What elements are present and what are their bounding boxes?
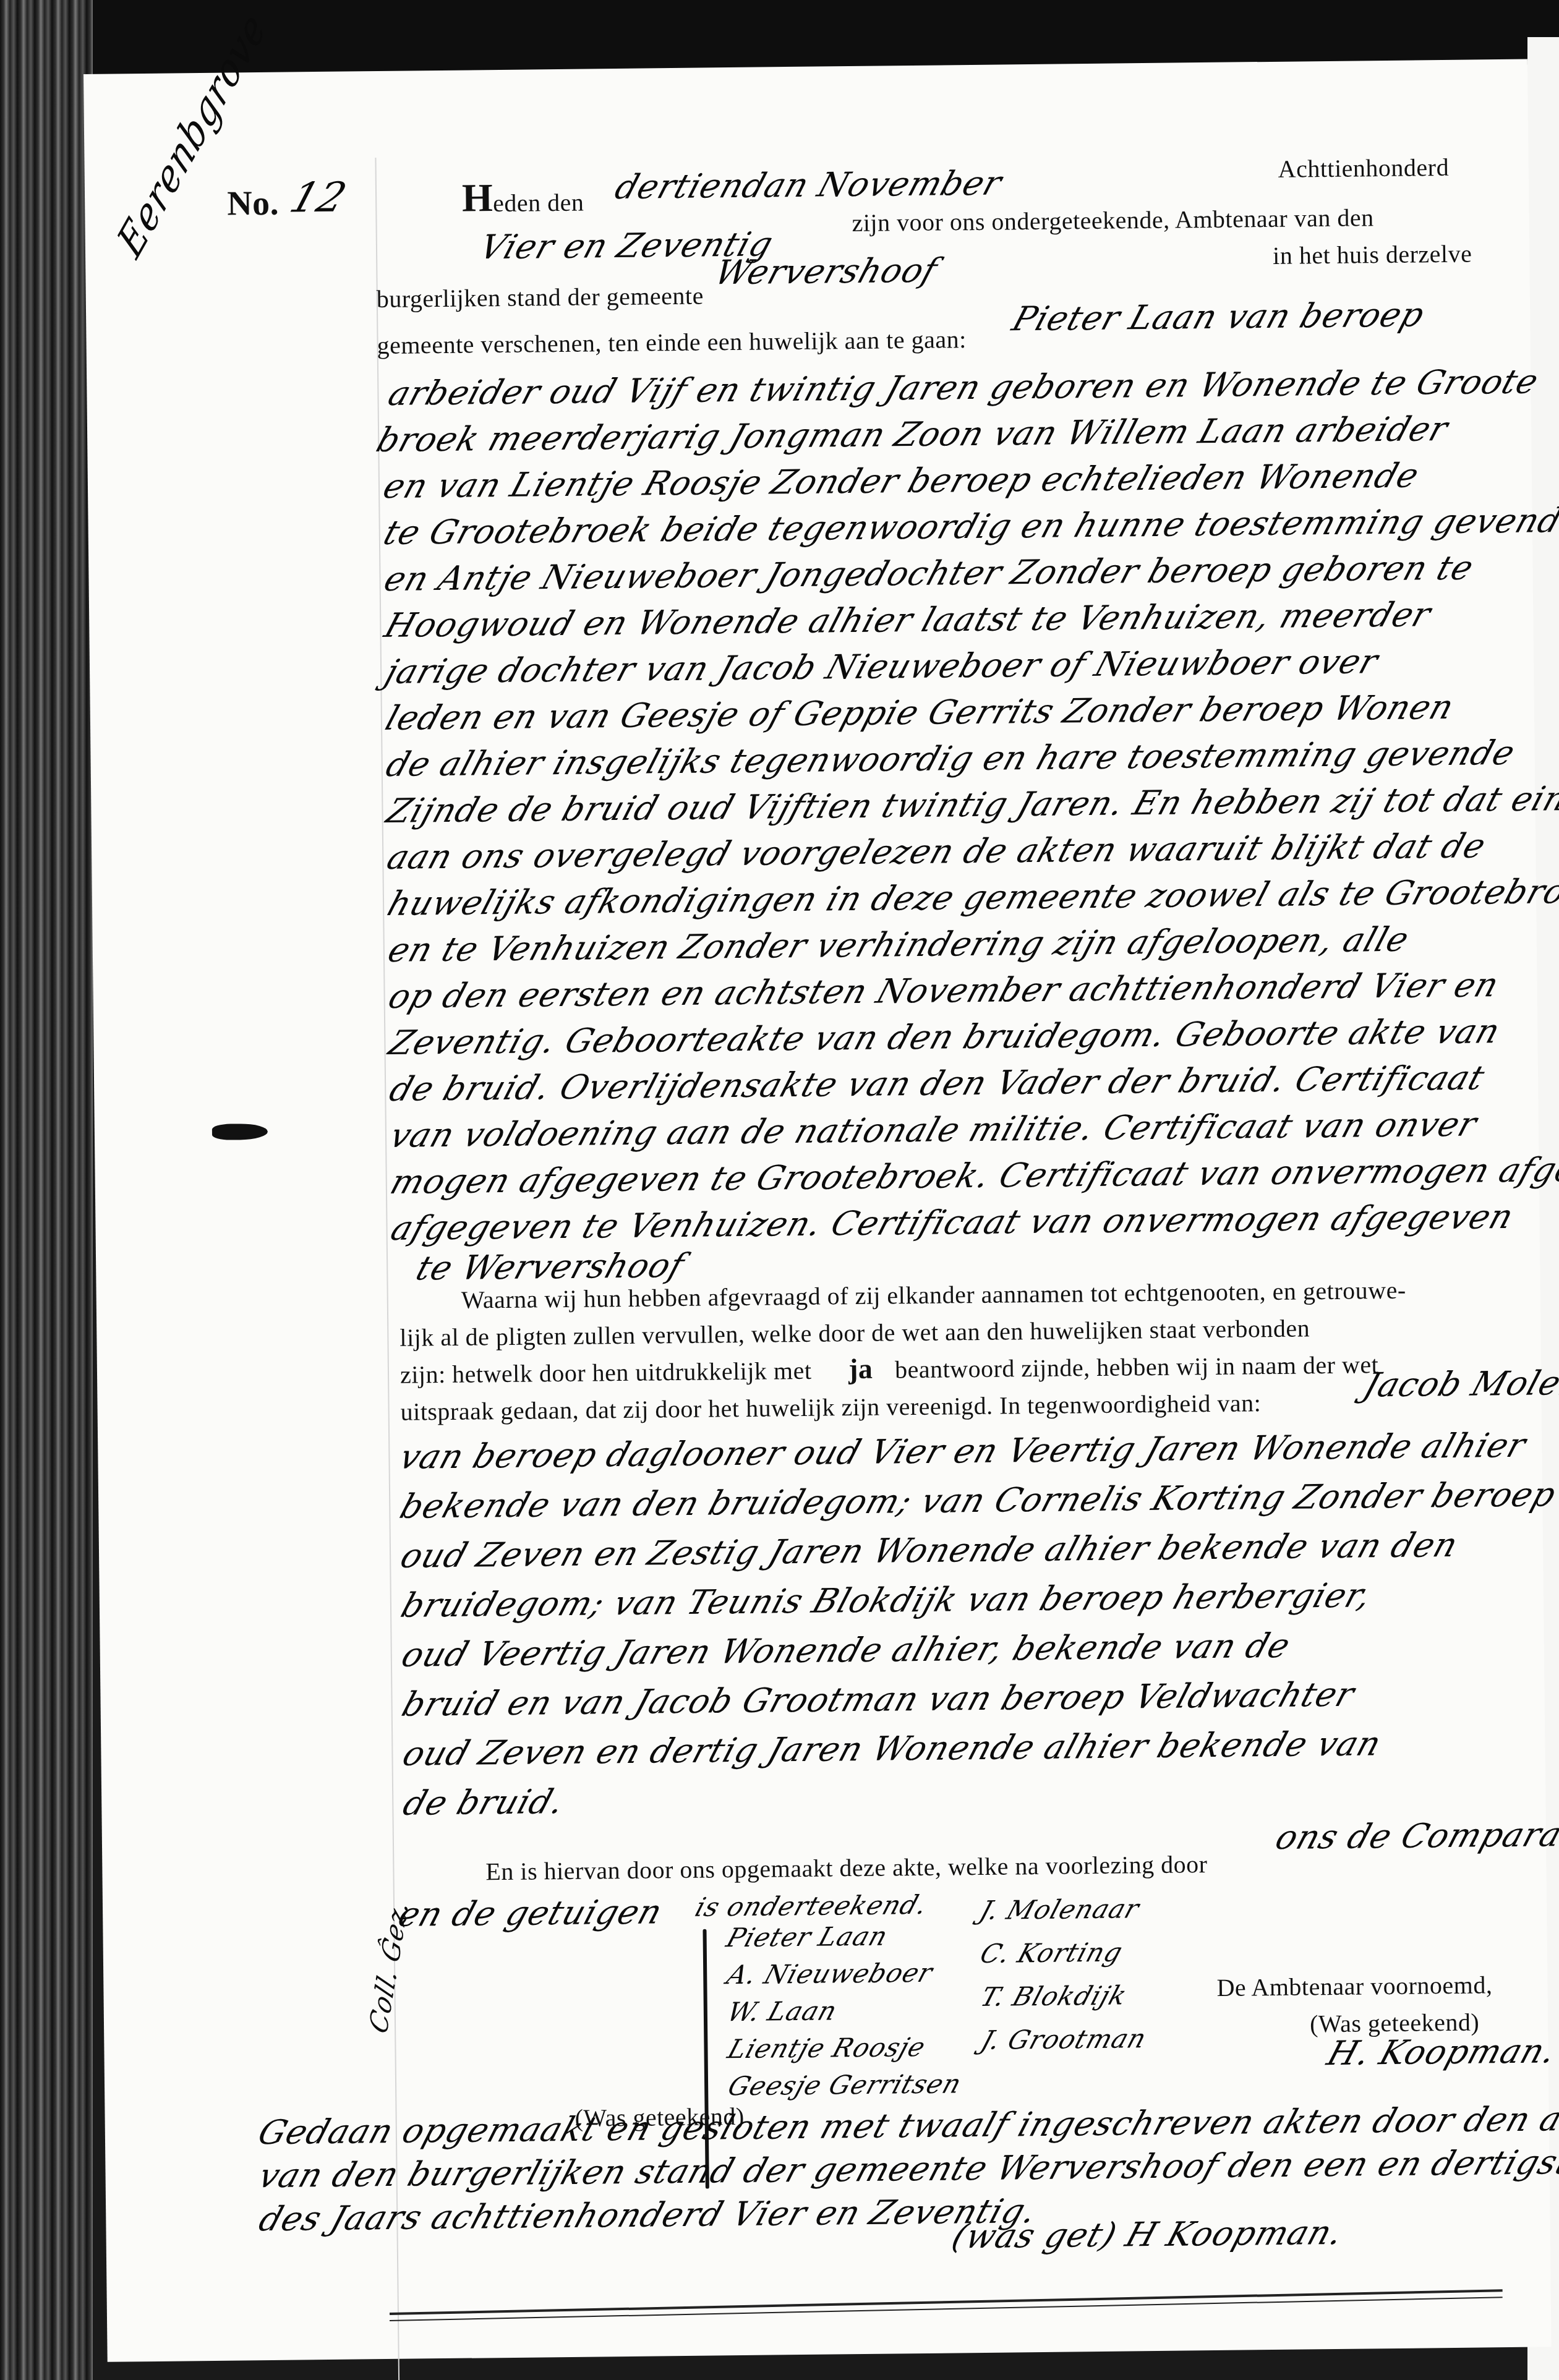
body-line: te Wervershoof xyxy=(411,1246,689,1288)
closing-handwritten-3: is onderteekend. xyxy=(691,1890,931,1922)
heden-den-label: eden den xyxy=(493,188,584,218)
body-line: mogen afgegeven te Grootebroek. Certific… xyxy=(386,1149,1559,1201)
closing-note-line: des Jaars achttienhonderd Vier en Zevent… xyxy=(254,2191,1041,2238)
middle-line-3b: beantwoord zijnde, hebben wij in naam de… xyxy=(895,1350,1379,1384)
signature: Pieter Laan xyxy=(723,1921,892,1953)
signature: Lientje Roosje xyxy=(724,2032,929,2064)
body-line: leden en van Geesje of Geppie Gerrits Zo… xyxy=(381,688,1459,738)
signature: T. Blokdijk xyxy=(977,1980,1131,2012)
body-line: afgegeven te Venhuizen. Certificaat van … xyxy=(387,1197,1519,1248)
witness-line: van beroep daglooner oud Vier en Veertig… xyxy=(395,1426,1531,1477)
closing-printed: En is hiervan door ons opgemaakt deze ak… xyxy=(485,1849,1207,1886)
body-line: te Grootebroek beide tegenwoordig en hun… xyxy=(379,501,1559,552)
body-line: op den eersten en achtsten November acht… xyxy=(384,965,1504,1016)
header-line-2: zijn voor ons ondergeteekende, Ambtenaar… xyxy=(852,203,1374,237)
body-line: de bruid. Overlijdensakte van den Vader … xyxy=(385,1058,1490,1109)
body-line: huwelijks afkondigingen in deze gemeente… xyxy=(383,871,1559,923)
signature: W. Laan xyxy=(724,1995,841,2027)
header-line-3-right: in het huis derzelve xyxy=(1273,239,1472,270)
body-line: en te Venhuizen Zonder verhindering zijn… xyxy=(383,920,1414,970)
act-number: 12 xyxy=(284,173,352,221)
ambtenaar-label: De Ambtenaar voornoemd, xyxy=(1216,1970,1492,2002)
first-witness: Jacob Molenaar xyxy=(1359,1363,1559,1405)
witness-line: oud Veertig Jaren Wonende alhier, bekend… xyxy=(397,1626,1296,1674)
heden-initial: H xyxy=(462,175,493,221)
signature: Geesje Gerritsen xyxy=(724,2068,965,2101)
signature-brace xyxy=(703,1929,709,2189)
witness-line: de bruid. xyxy=(398,1782,570,1823)
groom-name-handwritten: Pieter Laan van beroep xyxy=(1007,295,1429,338)
ink-blot xyxy=(212,1124,268,1140)
certificate-page: Eerenbgrove No. 12 H eden den dertiendan… xyxy=(83,59,1552,2362)
signature: A. Nieuweboer xyxy=(724,1958,937,1990)
book-binding xyxy=(0,0,93,2380)
middle-line-4: uitspraak gedaan, dat zij door het huwel… xyxy=(400,1388,1261,1427)
margin-coll-annotation: Coll. Ĝez. xyxy=(364,1894,414,2038)
signature: J. Grootman xyxy=(978,2023,1151,2055)
closing-handwritten-1: ons de Comparanten xyxy=(1271,1814,1559,1857)
closing-note-line: Gedaan opgemaakt en gesloten met twaalf … xyxy=(254,2097,1559,2152)
signature: C. Korting xyxy=(976,1937,1127,1969)
witness-line: bruidegom; van Teunis Blokdijk van beroe… xyxy=(396,1576,1377,1625)
body-line: en Antje Nieuweboer Jongedochter Zonder … xyxy=(380,548,1479,599)
ambtenaar-signature: H. Koopman. xyxy=(1323,2031,1559,2073)
body-line: Zijnde de bruid oud Vijftien twintig Jar… xyxy=(382,778,1559,830)
witness-line: bruid en van Jacob Grootman van beroep V… xyxy=(398,1675,1360,1724)
witness-line: bekende van den bruidegom; van Cornelis … xyxy=(395,1475,1559,1526)
act-number-label: No. xyxy=(227,184,280,224)
witness-line: oud Zeven en dertig Jaren Wonende alhier… xyxy=(398,1724,1386,1773)
middle-line-2: lijk al de pligten zullen vervullen, wel… xyxy=(399,1313,1310,1352)
body-line: Zeventig. Geboorteakte van den bruidegom… xyxy=(385,1012,1505,1062)
witness-line: oud Zeven en Zestig Jaren Wonende alhier… xyxy=(396,1525,1463,1576)
date-handwritten: dertiendan November xyxy=(610,163,1007,207)
closing-note-signature: (was get) H Koopman. xyxy=(947,2213,1349,2256)
header-line-3-left: burgerlijken stand der gemeente xyxy=(377,281,704,314)
body-line: en van Lientje Roosje Zonder beroep echt… xyxy=(378,456,1424,506)
header-line-4: gemeente verschenen, ten einde een huwel… xyxy=(377,325,967,360)
year-printed: Achttienhonderd xyxy=(1278,153,1449,184)
body-line: van voldoening aan de nationale militie.… xyxy=(385,1104,1482,1155)
closing-handwritten-2: en de getuigen xyxy=(393,1892,667,1934)
middle-line-3a: zijn: hetwelk door hen uitdrukkelijk met xyxy=(400,1356,812,1389)
body-line: jarige dochter van Jacob Nieuweboer of N… xyxy=(380,642,1383,691)
signature: J. Molenaar xyxy=(976,1893,1143,1926)
body-line: Hoogwoud en Wonende alhier laatst te Ven… xyxy=(380,595,1436,645)
body-line: arbeider oud Vijf en twintig Jaren gebor… xyxy=(384,362,1544,413)
ja-word: ja xyxy=(848,1352,873,1385)
body-line: aan ons overgelegd voorgelezen de akten … xyxy=(382,826,1491,877)
municipality-handwritten: Wervershoof xyxy=(711,250,942,292)
body-line: de alhier insgelijks tegenwoordig en har… xyxy=(382,733,1520,784)
body-line: broek meerderjarig Jongman Zoon van Will… xyxy=(372,409,1453,459)
